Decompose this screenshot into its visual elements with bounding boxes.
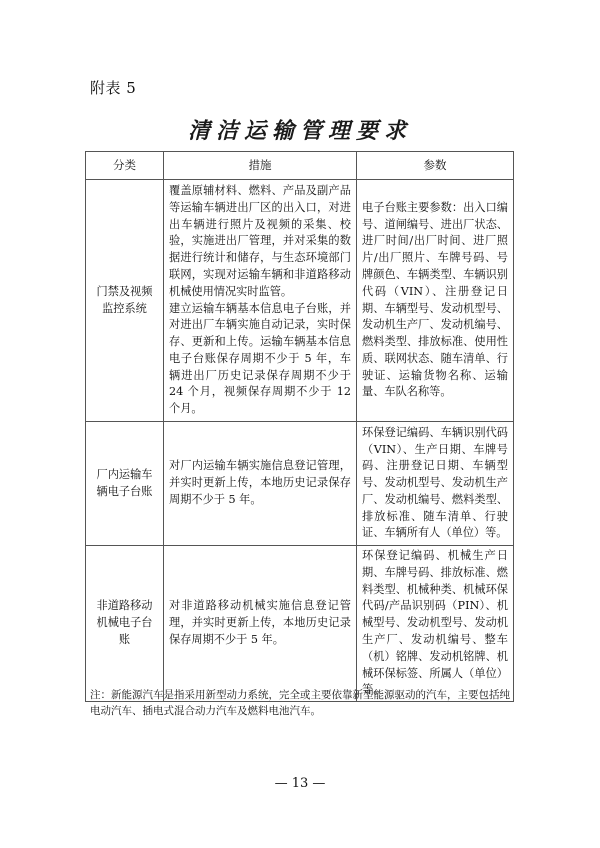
appendix-label: 附表 5	[90, 77, 136, 98]
header-parameters: 参数	[357, 152, 514, 180]
table-row: 非道路移动机械电子台账 对非道路移动机械实施信息登记管理，并实时更新上传，本地历…	[86, 546, 514, 702]
row-parameters: 电子台账主要参数：出入口编号、道闸编号、进出厂状态、进厂时间/出厂时间、进厂照片…	[357, 180, 514, 422]
row-parameters: 环保登记编码、车辆识别代码（VIN）、生产日期、车牌号码、注册登记日期、车辆型号…	[357, 422, 514, 546]
row-category: 非道路移动机械电子台账	[86, 546, 164, 702]
table-row: 厂内运输车辆电子台账 对厂内运输车辆实施信息登记管理，并实时更新上传，本地历史记…	[86, 422, 514, 546]
row-measures: 覆盖原辅材料、燃料、产品及副产品等运输车辆进出厂区的出入口，对进出车辆进行照片及…	[164, 180, 357, 422]
measure-text: 建立运输车辆基本信息电子台账，并对进出厂车辆实施自动记录，实时保存、更新和上传。…	[169, 301, 351, 419]
measure-text: 对非道路移动机械实施信息登记管理，并实时更新上传，本地历史记录保存周期不少于 5…	[169, 598, 351, 648]
footnote: 注：新能源汽车是指采用新型动力系统，完全或主要依靠新型能源驱动的汽车，主要包括纯…	[90, 687, 520, 719]
header-measures: 措施	[164, 152, 357, 180]
measure-text: 覆盖原辅材料、燃料、产品及副产品等运输车辆进出厂区的出入口，对进出车辆进行照片及…	[169, 183, 351, 301]
header-category: 分类	[86, 152, 164, 180]
row-category: 门禁及视频监控系统	[86, 180, 164, 422]
requirements-table: 分类 措施 参数 门禁及视频监控系统 覆盖原辅材料、燃料、产品及副产品等运输车辆…	[85, 151, 514, 702]
page-number: — 13 —	[0, 776, 600, 791]
row-measures: 对非道路移动机械实施信息登记管理，并实时更新上传，本地历史记录保存周期不少于 5…	[164, 546, 357, 702]
table-header-row: 分类 措施 参数	[86, 152, 514, 180]
row-parameters: 环保登记编码、机械生产日期、车牌号码、排放标准、燃料类型、机械种类、机械环保代码…	[357, 546, 514, 702]
measure-text: 对厂内运输车辆实施信息登记管理，并实时更新上传，本地历史记录保存周期不少于 5 …	[169, 458, 351, 508]
document-title: 清洁运输管理要求	[0, 114, 600, 145]
row-category: 厂内运输车辆电子台账	[86, 422, 164, 546]
row-measures: 对厂内运输车辆实施信息登记管理，并实时更新上传，本地历史记录保存周期不少于 5 …	[164, 422, 357, 546]
table-row: 门禁及视频监控系统 覆盖原辅材料、燃料、产品及副产品等运输车辆进出厂区的出入口，…	[86, 180, 514, 422]
